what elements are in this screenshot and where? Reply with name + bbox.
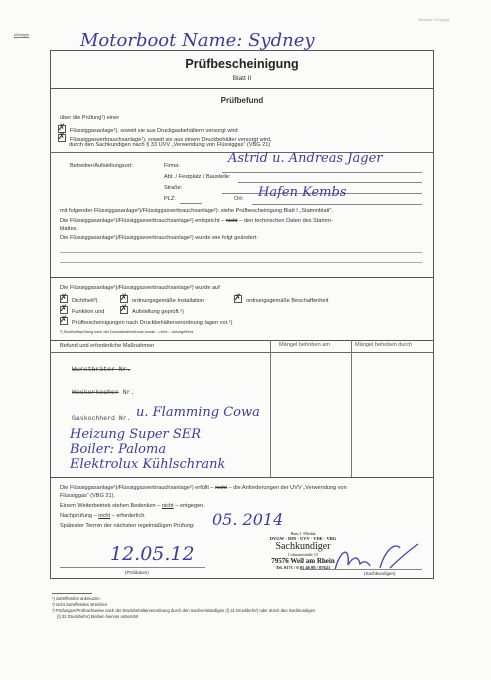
text: – den technischen Daten des Stamm-: [239, 218, 333, 224]
corner-mark-left: Mödingstr: [14, 33, 29, 38]
inspection-date-value[interactable]: 12.05.12: [110, 543, 195, 565]
check-label: ordnungsgemäße Installation: [132, 298, 204, 304]
checkbox-checked-icon[interactable]: [120, 295, 128, 303]
table-header-befund: Befund und erforderliche Maßnahmen: [60, 343, 154, 349]
header-divider: [50, 88, 433, 89]
text: – entgegen.: [175, 503, 205, 509]
conclusion-cont: Flüssiggas“ (VBG 21).: [60, 493, 115, 499]
check-aufstellung[interactable]: Aufstellung geprüft.¹): [120, 306, 184, 315]
struck-word: nicht: [226, 218, 238, 224]
text: Die Flüssiggasanlage²)/Flüssiggasverbrau…: [60, 485, 214, 491]
text: Die Flüssiggasanlage²)/Flüssiggasverbrau…: [60, 218, 224, 224]
finding-gaskochherd-handwritten: u. Flamming Cowa: [136, 405, 260, 420]
ort-value[interactable]: Hafen Kembs: [258, 185, 346, 200]
check-beschaffenheit[interactable]: ordnungsgemäße Beschaffenheit: [234, 295, 328, 304]
abt-label: Abt. / Festplatz / Baustelle:: [164, 174, 231, 180]
check-installation[interactable]: ordnungsgemäße Installation: [120, 295, 204, 304]
strasse-label: Straße:: [164, 185, 182, 191]
firma-underline: [222, 172, 422, 173]
table-top: [50, 340, 433, 341]
change-line-2: [60, 262, 422, 263]
table-header-divider: [50, 352, 433, 353]
checkbox-checked-icon[interactable]: [234, 295, 242, 303]
intro-text: über die Prüfung¹) einer: [60, 115, 119, 121]
checks-footnote: ³) Dichtheitsprüfung nach der Druckabfal…: [60, 330, 194, 334]
table-col-divider: [351, 340, 352, 478]
check-label: Aufstellung geprüft.¹): [132, 309, 184, 315]
plz-underline: [180, 203, 202, 204]
conclusion-anforderungen: Die Flüssiggasanlage²)/Flüssiggasverbrau…: [60, 485, 347, 491]
conclusion-next-label: Spätester Termin der nächsten regelmäßig…: [60, 523, 195, 529]
conclusion-nachpruefung: Nachprüfung – nicht – erforderlich.: [60, 513, 146, 519]
checkbox-checked-icon[interactable]: [60, 317, 68, 325]
page-subtitle: Blatt II: [50, 75, 434, 82]
abt-underline: [238, 182, 422, 183]
underlined-word: nicht: [162, 503, 174, 509]
checkbox-checked-icon[interactable]: [120, 306, 128, 314]
change-line-1: [60, 252, 422, 253]
footnote: (§ 32 DruckbehV) bleiben hiervon unberüh…: [52, 614, 315, 620]
checks-intro: Die Flüssiggasanlage²)/Flüssiggasverbrau…: [60, 285, 220, 291]
statement-stammblatt: mit folgender Flüssiggasanlage²)/Flüssig…: [60, 208, 333, 214]
ort-underline: [252, 204, 422, 205]
finding-row-hockerkocher: Hockerkocher Nr.: [72, 389, 134, 396]
statement-cont: blattes.: [60, 226, 78, 232]
finding-row-wurstbraeter: Wurstbräter Nr.: [72, 366, 131, 373]
plz-label: PLZ:: [164, 196, 176, 202]
table-col-divider: [270, 340, 271, 478]
struck-text: Hockerkocher: [72, 389, 119, 396]
finding-heizung: Heizung Super SER: [70, 427, 201, 442]
operator-label: Betreiber/Aufstellungsort:: [70, 163, 133, 169]
divider: [50, 277, 433, 278]
statement-entspricht: Die Flüssiggasanlage²)/Flüssiggasverbrau…: [60, 218, 333, 224]
check-label: Funktion und: [72, 309, 104, 315]
table-header-behoben-am: Mängel behoben am: [279, 342, 330, 348]
footnotes: ¹) zutreffendes ankreuzen ²) nicht zutre…: [52, 596, 315, 620]
option-fluessiggasanlage[interactable]: Flüssiggasanlage¹), soweit sie aus Druck…: [58, 125, 238, 134]
signature-underline: [300, 569, 422, 570]
struck-text: Wurstbräter Nr.: [72, 366, 131, 373]
table-header-behoben-durch: Mängel behoben durch: [355, 342, 412, 348]
text: – erforderlich.: [112, 513, 146, 519]
date-underline: [60, 567, 205, 568]
option-label-cont: durch den Sachkundigen nach § 33 UVV „Ve…: [69, 142, 270, 148]
page-title: Prüfbescheinigung: [50, 57, 434, 71]
table-bottom: [50, 477, 433, 478]
check-pruefbescheinigungen[interactable]: Prüfbescheinigungen nach Druckbehälterve…: [60, 317, 232, 326]
struck-word: nicht: [215, 485, 227, 491]
text: Nachprüfung –: [60, 513, 97, 519]
text: Einem Weiterbetrieb stehen Bedenken –: [60, 503, 160, 509]
conclusion-weiterbetrieb: Einem Weiterbetrieb stehen Bedenken – ni…: [60, 503, 205, 509]
section-title: Prüfbefund: [50, 96, 434, 105]
firma-label: Firma:: [164, 163, 180, 169]
finding-kuehlschrank: Elektrolux Kühlschrank: [70, 457, 225, 472]
next-inspection-date[interactable]: 05. 2014: [212, 510, 283, 529]
signature-label: (Sachkundigen): [364, 571, 396, 576]
firma-value[interactable]: Astrid u. Andreas Jäger: [228, 151, 382, 166]
checkbox-checked-icon[interactable]: [60, 306, 68, 314]
ort-label: Ort:: [234, 196, 243, 202]
statement-geaendert: Die Flüssiggasanlage²)/Flüssiggasverbrau…: [60, 235, 258, 241]
handwritten-boat-name: Motorboot Name: Sydney: [80, 30, 315, 51]
text: Nr.: [119, 389, 135, 396]
checkbox-checked-icon[interactable]: [58, 134, 66, 142]
check-label: Prüfbescheinigungen nach Druckbehälterve…: [72, 320, 232, 326]
checkbox-checked-icon[interactable]: [60, 295, 68, 303]
finding-boiler: Boiler: Paloma: [70, 442, 166, 457]
check-label: Dichtheit³): [72, 298, 98, 304]
date-label: (Prüfdatum): [125, 570, 149, 575]
underlined-word: nicht: [98, 513, 110, 519]
check-label: ordnungsgemäße Beschaffenheit: [246, 298, 328, 304]
footnote-divider: [52, 593, 92, 594]
corner-mark-right: Stempel / Eingang: [418, 18, 449, 22]
finding-row-gaskochherd: Gaskochherd Nr.: [72, 415, 131, 422]
text: – die Anforderungen der UVV „Verwendung …: [229, 485, 347, 491]
